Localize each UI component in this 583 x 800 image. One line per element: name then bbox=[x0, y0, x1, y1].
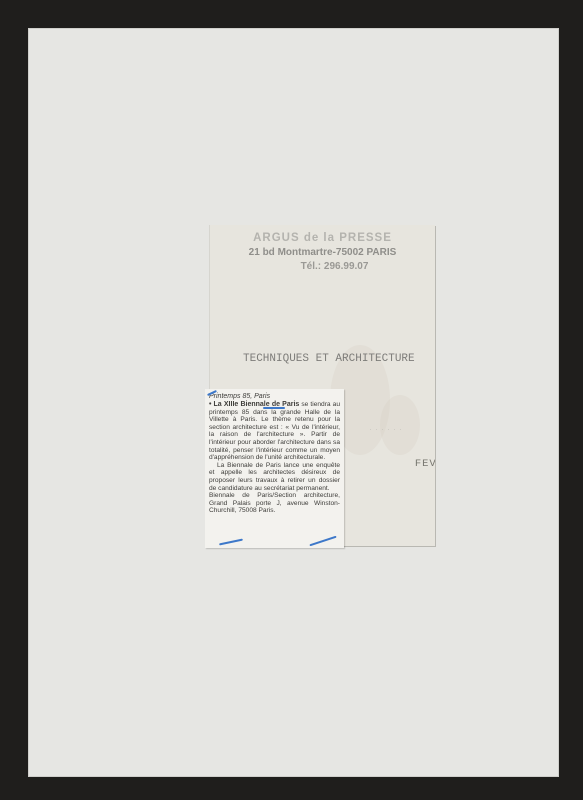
archive-page: ARGUS de la PRESSE 21 bd Montmartre-7500… bbox=[28, 28, 559, 777]
clipping-paragraph-1: • La XIIIe Biennale de Paris se tiendra … bbox=[209, 401, 340, 462]
pen-mark bbox=[309, 536, 336, 547]
recipient-line-1: TECHNIQUES ET ARCHITECTURE bbox=[243, 352, 415, 367]
clipping-paragraph-2: La Biennale de Paris lance une enquête e… bbox=[209, 462, 340, 492]
clipping-lead-title: La XIIIe Biennale de Paris bbox=[214, 401, 300, 408]
date-stamp-label: · · · · · · bbox=[369, 427, 402, 433]
pen-underline bbox=[263, 407, 285, 409]
letterhead: ARGUS de la PRESSE 21 bd Montmartre-7500… bbox=[210, 232, 435, 273]
newspaper-clipping: Printemps 85, Paris • La XIIIe Biennale … bbox=[205, 389, 344, 548]
clipping-paragraph-1-text: se tiendra au printemps 85 dans la grand… bbox=[209, 401, 340, 461]
clipping-paragraph-3: Biennale de Paris/Section architecture, … bbox=[209, 492, 340, 515]
agency-address: 21 bd Montmartre-75002 PARIS bbox=[210, 246, 435, 260]
agency-telephone: Tél.: 296.99.07 bbox=[210, 260, 435, 273]
pen-mark bbox=[219, 539, 243, 546]
bullet: • bbox=[209, 401, 211, 408]
date-stamp-value: FEV 84 bbox=[415, 458, 435, 470]
date-stamp: · · · · · · FEV 84 bbox=[371, 434, 435, 482]
clipping-heading: Printemps 85, Paris bbox=[209, 393, 340, 401]
agency-name: ARGUS de la PRESSE bbox=[210, 232, 435, 245]
